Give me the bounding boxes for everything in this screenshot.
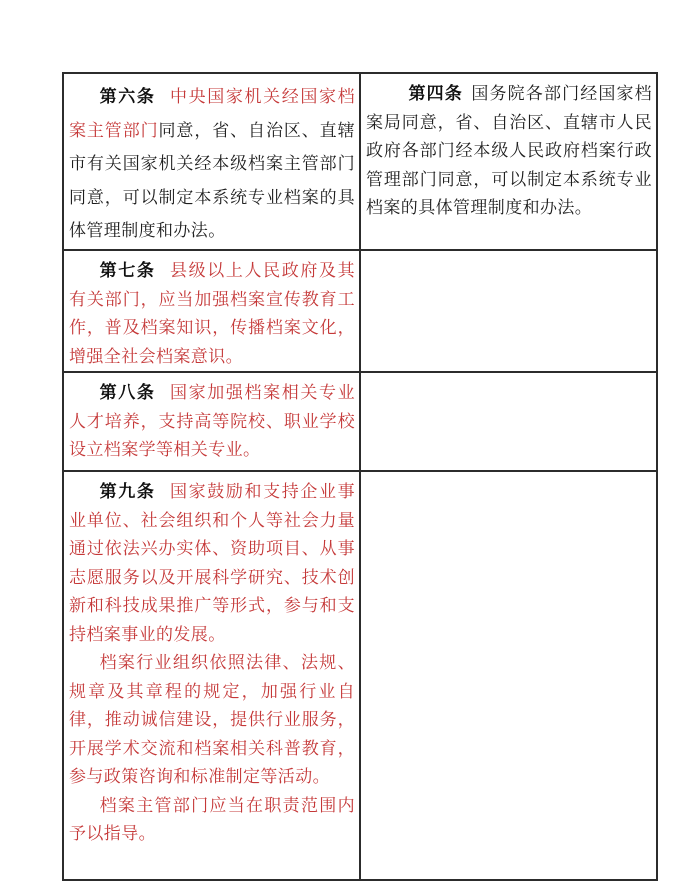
amended-text-segment: 国家鼓励和支持企业事业单位、社会组织和个人等社会力量通过依法兴办实体、资助项目、… <box>69 482 355 644</box>
paragraph-article-4: 第四条国务院各部门经国家档案局同意，省、自治区、直辖市人民政府各部门经本级人民政… <box>366 80 652 223</box>
table-row-article9: 第九条国家鼓励和支持企业事业单位、社会组织和个人等社会力量通过依法兴办实体、资助… <box>63 471 657 880</box>
table-row-article6-vs-article4: 第六条中央国家机关经国家档案主管部门同意，省、自治区、直辖市有关国家机关经本级档… <box>63 73 657 250</box>
cell-article-8: 第八条国家加强档案相关专业人才培养，支持高等院校、职业学校设立档案学等相关专业。 <box>63 372 360 471</box>
table-row-article7: 第七条县级以上人民政府及其有关部门，应当加强档案宣传教育工作，普及档案知识，传播… <box>63 250 657 372</box>
cell-article-7: 第七条县级以上人民政府及其有关部门，应当加强档案宣传教育工作，普及档案知识，传播… <box>63 250 360 372</box>
document-page: { "colors": { "page_bg": "#ffffff", "red… <box>0 0 694 893</box>
cell-article-6: 第六条中央国家机关经国家档案主管部门同意，省、自治区、直辖市有关国家机关经本级档… <box>63 73 360 250</box>
cell-article-9: 第九条国家鼓励和支持企业事业单位、社会组织和个人等社会力量通过依法兴办实体、资助… <box>63 471 360 880</box>
amended-text-segment: 档案主管部门应当在职责范围内予以指导。 <box>69 796 355 844</box>
article-number-label: 第九条 <box>100 482 156 501</box>
paragraph-article-6: 第六条中央国家机关经国家档案主管部门同意，省、自治区、直辖市有关国家机关经本级档… <box>69 80 355 248</box>
paragraph-article-7: 第七条县级以上人民政府及其有关部门，应当加强档案宣传教育工作，普及档案知识，传播… <box>69 257 355 371</box>
cell-empty-row3 <box>360 372 657 471</box>
cell-empty-row2 <box>360 250 657 372</box>
text-segment: 国务院各部门经国家档案局同意，省、自治区、直辖市人民政府各部门经本级人民政府档案… <box>366 84 652 217</box>
law-comparison-table: 第六条中央国家机关经国家档案主管部门同意，省、自治区、直辖市有关国家机关经本级档… <box>62 72 658 881</box>
article-number-label: 第四条 <box>409 84 463 103</box>
paragraph-article-8: 第八条国家加强档案相关专业人才培养，支持高等院校、职业学校设立档案学等相关专业。 <box>69 379 355 465</box>
amended-text-segment: 档案行业组织依照法律、法规、规章及其章程的规定，加强行业自律，推动诚信建设，提供… <box>69 653 355 786</box>
article-number-label: 第六条 <box>100 87 156 106</box>
article-number-label: 第七条 <box>100 261 156 280</box>
cell-article-4: 第四条国务院各部门经国家档案局同意，省、自治区、直辖市人民政府各部门经本级人民政… <box>360 73 657 250</box>
paragraph-article-9-clause3: 档案主管部门应当在职责范围内予以指导。 <box>69 792 355 849</box>
paragraph-article-9-clause2: 档案行业组织依照法律、法规、规章及其章程的规定，加强行业自律，推动诚信建设，提供… <box>69 649 355 792</box>
cell-empty-row4 <box>360 471 657 880</box>
table-body: 第六条中央国家机关经国家档案主管部门同意，省、自治区、直辖市有关国家机关经本级档… <box>63 73 657 880</box>
table-row-article8: 第八条国家加强档案相关专业人才培养，支持高等院校、职业学校设立档案学等相关专业。 <box>63 372 657 471</box>
paragraph-article-9-clause1: 第九条国家鼓励和支持企业事业单位、社会组织和个人等社会力量通过依法兴办实体、资助… <box>69 478 355 649</box>
article-number-label: 第八条 <box>100 383 156 402</box>
